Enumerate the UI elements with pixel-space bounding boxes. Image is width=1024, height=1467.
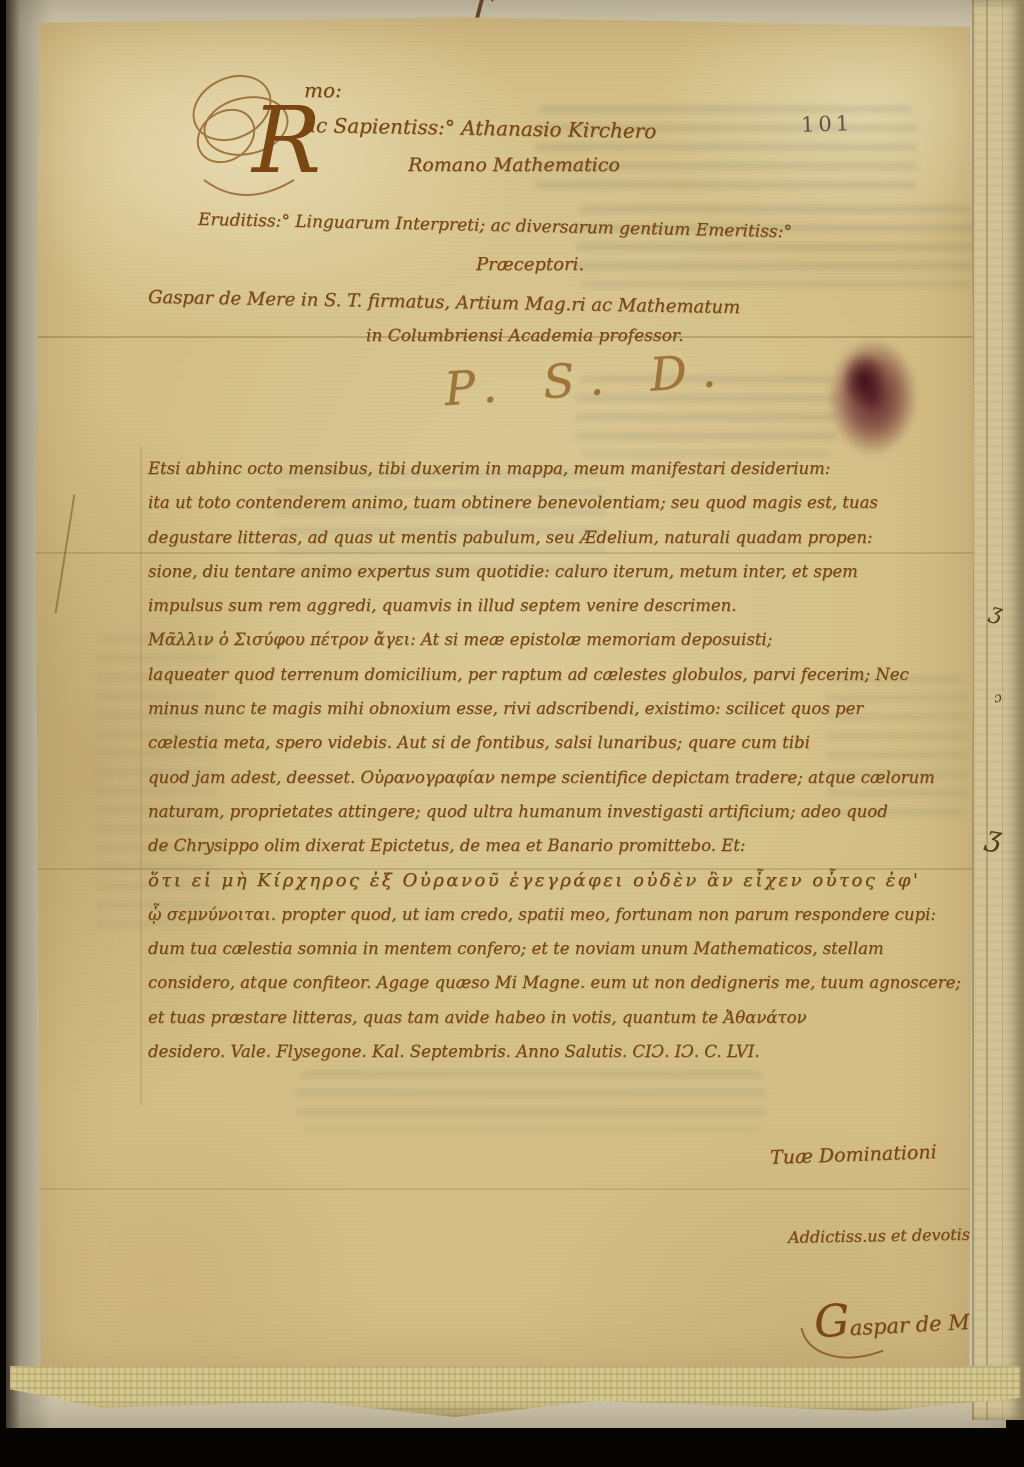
body-line: impulsus sum rem aggredi, quamvis in ill… — [148, 589, 958, 623]
body-line: dum tua cælestia somnia in mentem confer… — [148, 932, 958, 966]
body-line-greek: ὅτι εἰ μὴ Κίρχηρος ἐξ Οὐρανοῦ ἐγεγράφει … — [148, 864, 958, 898]
paper-crack — [55, 495, 76, 614]
body-line: laqueater quod terrenum domicilium, per … — [148, 658, 958, 692]
initial-superscript: mo: — [304, 78, 342, 102]
body-line: considero, atque confiteor. Agage quæso … — [148, 966, 958, 1000]
letter-body: Etsi abhinc octo mensibus, tibi duxerim … — [148, 452, 958, 1069]
body-line: desidero. Vale. Flysegone. Kal. Septembr… — [148, 1035, 958, 1069]
body-line: Etsi abhinc octo mensibus, tibi duxerim … — [148, 452, 958, 486]
body-line: quod jam adest, deesset. Οὐρανογραφίαν n… — [148, 761, 958, 795]
body-line: et tuas præstare litteras, quas tam avid… — [148, 1001, 958, 1035]
letter-sheet: R mo: 101 ac Sapientiss:° Athanasio Kirc… — [36, 16, 974, 1378]
body-line: Μᾶλλιν ὁ Σισύφου πέτρον ἄγει: At si meæ … — [148, 623, 958, 657]
fold-crease — [36, 1188, 974, 1190]
body-line: de Chrysippo olim dixerat Epictetus, de … — [148, 829, 958, 863]
fold-crease — [140, 446, 142, 1106]
body-line: sione, diu tentare animo expertus sum qu… — [148, 555, 958, 589]
stack-ink-mark: ʒ — [983, 819, 1004, 854]
ink-seal-blot-core — [842, 352, 886, 408]
body-line: ᾧ σεμνύνοιται. propter quod, ut iam cred… — [148, 898, 958, 932]
body-line: ita ut toto contenderem animo, tuam obti… — [148, 486, 958, 520]
stack-ink-mark: ɔ — [993, 689, 1004, 706]
address-line-2: Romano Mathematico — [408, 154, 620, 176]
stack-ink-mark: ʒ — [987, 599, 1005, 626]
body-line: minus nunc te magis mihi obnoxium esse, … — [148, 692, 958, 726]
body-line: naturam, proprietates attingere; quod ul… — [148, 795, 958, 829]
sender-line-1: Gaspar de Mere in S. T. firmatus, Artium… — [148, 287, 740, 318]
sender-line-2: in Columbriensi Academia professor. — [366, 326, 683, 346]
body-line: degustare litteras, ad quas ut mentis pa… — [148, 521, 958, 555]
bleedthrough-smudge — [296, 1071, 766, 1131]
closing-line-2: Addictiss.us et devotiss.us — [788, 1224, 1002, 1247]
page-number: 101 — [801, 111, 854, 137]
address-line-1: ac Sapientiss:° Athanasio Kirchero — [304, 113, 657, 143]
body-line: cælestia meta, spero videbis. Aut si de … — [148, 726, 958, 760]
svg-text:R: R — [250, 87, 321, 194]
page-stack-right-edge: ʒ ɔ ʒ — [972, 0, 1024, 1420]
address-line-4: Præceptori. — [476, 254, 584, 275]
closing-line-1: Tuæ Dominationi — [770, 1141, 937, 1169]
manuscript-scan: ʃ ʒ ɔ ʒ R — [0, 0, 1024, 1467]
